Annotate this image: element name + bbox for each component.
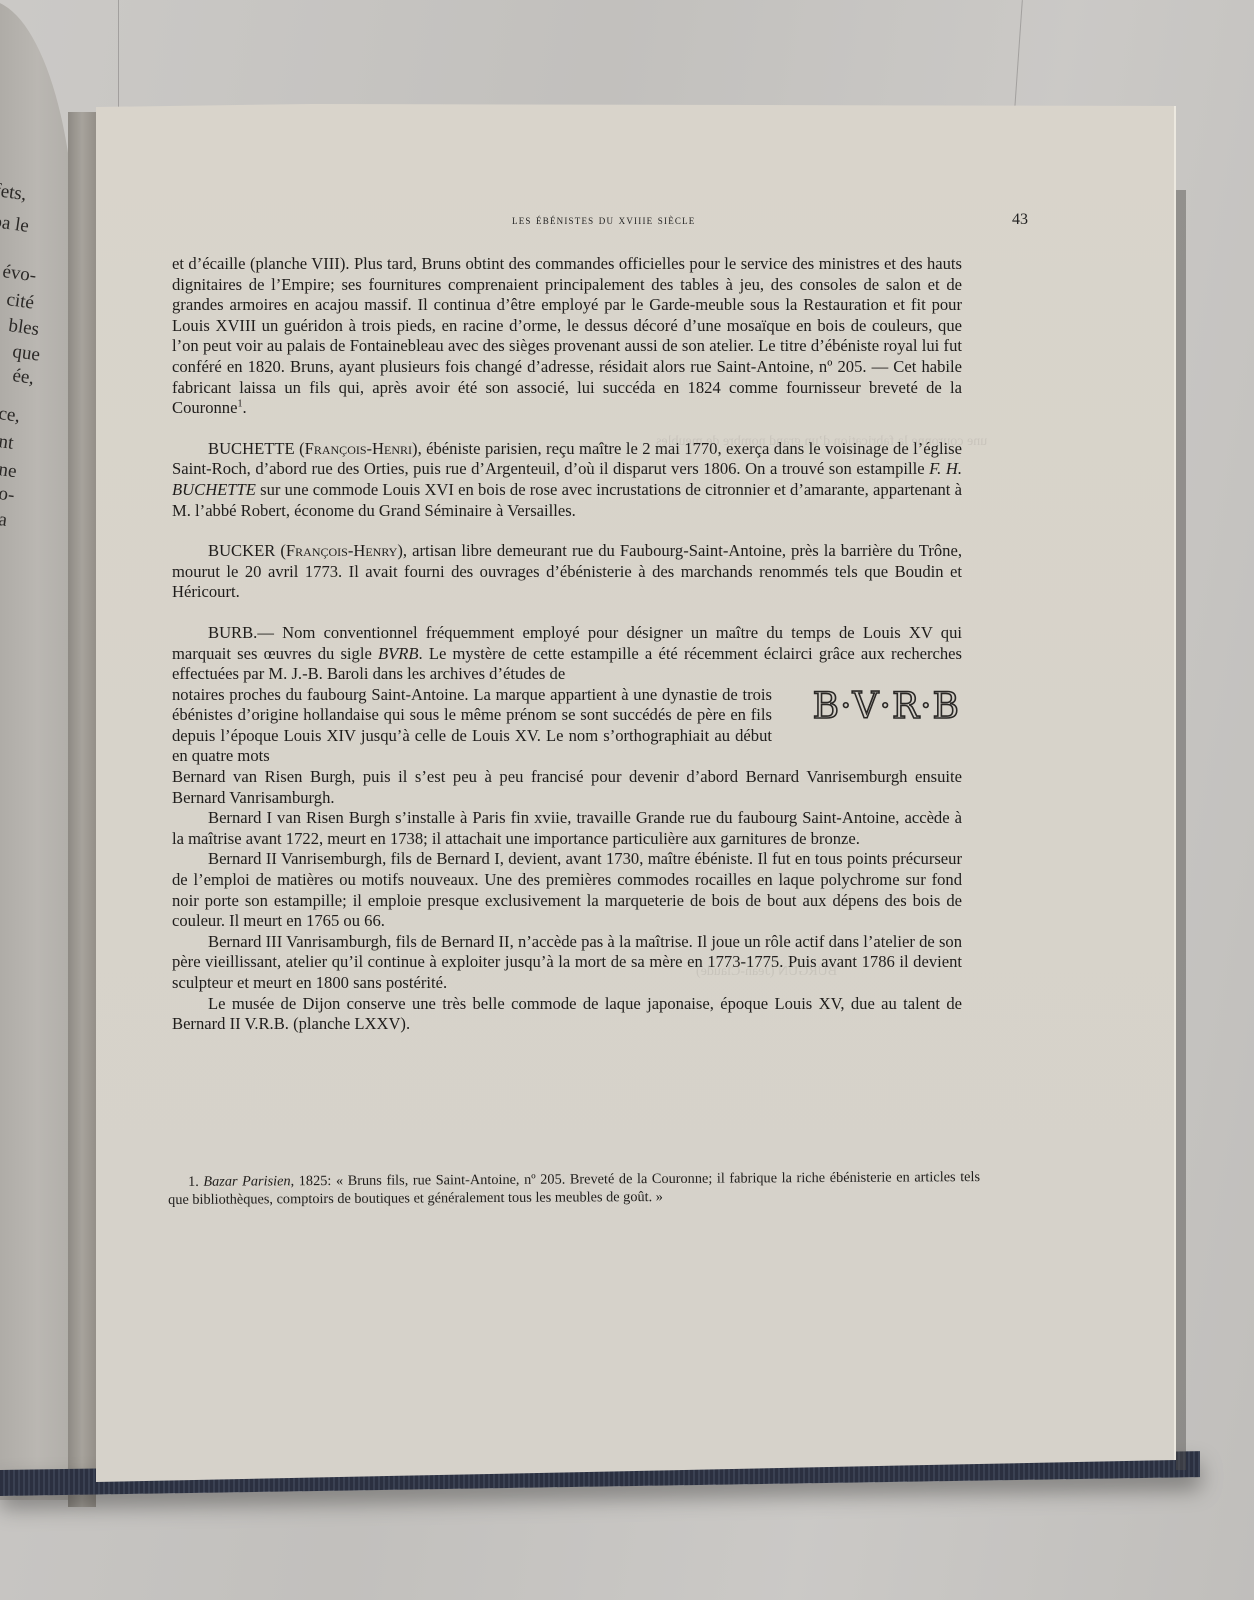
burb-figure-block: notaires proches du faubourg Saint-Antoi… (172, 685, 962, 767)
left-page-fragment: ée, (11, 366, 35, 389)
paragraph-bruns-continued: et d’écaille (planche VIII). Plus tard, … (172, 254, 962, 419)
footnote-number: 1. (188, 1174, 199, 1190)
book-page: une couronne la fabrication d’un grand n… (96, 104, 1176, 1482)
left-page-fragment: nt (0, 432, 15, 454)
burb-name-evolution: Bernard van Risen Burgh, puis il s’est p… (172, 767, 962, 808)
running-title: Les Ébénistes du XVIIIe Siècle (512, 212, 696, 228)
sigle: BVRB (378, 644, 419, 663)
facing-left-page: ffets, pa le évo- cité bles que ée, ce, … (0, 0, 76, 1500)
footnote: 1. Bazar Parisien, 1825: « Bruns fils, r… (168, 1169, 980, 1209)
running-head: Les Ébénistes du XVIIIe Siècle 43 (268, 211, 968, 229)
left-page-fragment: ne (0, 460, 18, 482)
entry-name: BUCHETTE (208, 439, 295, 458)
paragraph-bernard-1: Bernard I van Risen Burgh s’installe à P… (172, 808, 962, 849)
book-gutter (68, 112, 96, 1507)
left-page-fragment: a (0, 510, 8, 531)
left-page-fragment: bles (7, 316, 40, 340)
left-page-fragment: évo- (1, 262, 37, 287)
paragraph-bernard-3: Bernard III Vanrisamburgh, fils de Berna… (172, 932, 962, 994)
page-number: 43 (1012, 211, 1028, 229)
left-page-fragment: pa le (0, 212, 30, 237)
left-page-fragment: cité (5, 290, 35, 314)
left-page-fragment: ce, (0, 404, 21, 427)
burb-intro: BURB.— Nom conventionnel fréquemment emp… (172, 623, 962, 685)
entry-forename: (François-Henry) (280, 541, 402, 560)
footnote-1: 1. Bazar Parisien, 1825: « Bruns fils, r… (168, 1169, 980, 1209)
footnote-ref: 1 (237, 399, 242, 410)
entry-burb: BURB.— Nom conventionnel fréquemment emp… (172, 623, 962, 808)
left-page-fragment: que (11, 342, 41, 366)
burb-wrapped-text: notaires proches du faubourg Saint-Antoi… (172, 685, 772, 767)
entry-name: BUCKER (208, 541, 275, 560)
body-text: et d’écaille (planche VIII). Plus tard, … (172, 254, 962, 1035)
left-page-fragment: o- (0, 484, 16, 506)
left-page-fragment: ffets, (0, 180, 28, 205)
page-edge-shadow (1176, 190, 1186, 1470)
bvrb-stamp-image: B·V·R·B (813, 697, 960, 718)
surface-crack (118, 0, 119, 110)
paragraph-dijon: Le musée de Dijon conserve une très bell… (172, 994, 962, 1035)
entry-forename: (François-Henri) (299, 439, 417, 458)
paragraph-bernard-2: Bernard II Vanrisemburgh, fils de Bernar… (172, 849, 962, 931)
entry-buchette: BUCHETTE (François-Henri), ébéniste pari… (172, 439, 962, 521)
entry-name: BURB. (208, 623, 257, 642)
footnote-source: Bazar Parisien (203, 1173, 290, 1190)
entry-bucker: BUCKER (François-Henry), artisan libre d… (172, 541, 962, 603)
